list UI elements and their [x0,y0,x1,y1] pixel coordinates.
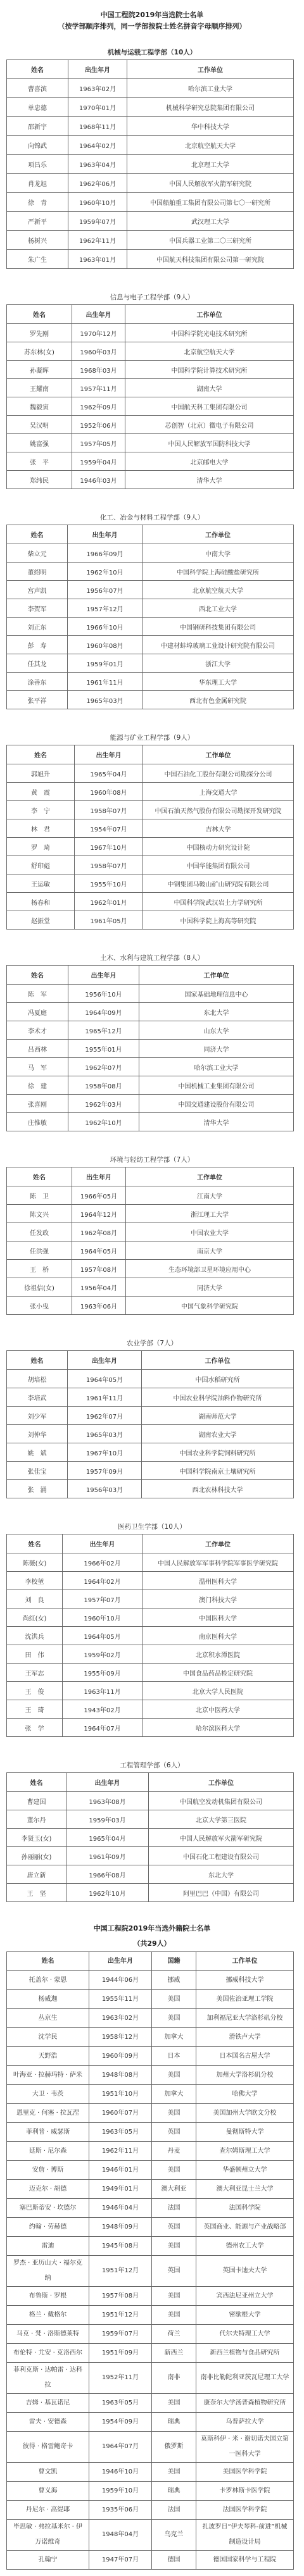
table-row: 董尔丹1959年03月北京大学第三医院 [7,1810,294,1829]
name-cell: 李贺军 [7,599,68,618]
column-header-org: 工作单位 [196,1952,294,1971]
table-row: 苏东林(女)1960年03月北京航空航天大学 [7,342,294,361]
name-cell: 彭 寿 [7,636,68,654]
name-cell: 王 俊 [7,1682,63,1700]
name-cell: 马克 · 梵 · 洛斯德莱特 [7,2325,89,2344]
section-title: 化工、冶金与材料工程学部（9人） [0,512,304,523]
birth-cell: 1958年12月 [89,2028,152,2047]
table-row: 孙丽丽(女)1961年09月中国石化工程建设有限公司 [7,1847,294,1865]
name-cell: 徐祖信(女) [7,1278,72,1297]
name-cell: 托盖尔 · 蒙恩 [7,1971,89,1990]
org-cell: 西北有色金属研究院 [142,691,294,709]
table-row: 丹尼尔 · 高缇耶1935年06月法国法国医学科学院 [7,2501,294,2520]
name-cell: 项昌乐 [7,155,68,174]
org-cell: 中南大学 [142,544,294,563]
table-row: 王 琦1943年02月北京中医药大学 [7,1700,294,1719]
org-cell: 西北农林科技大学 [142,1480,294,1498]
birth-cell: 1963年11月 [63,1682,142,1700]
name-cell: 雷夫 · 安德森 [7,2413,89,2432]
birth-cell: 1964年07月 [89,2432,152,2463]
org-cell: 日本国名古屋大学 [196,2047,294,2066]
birth-cell: 1962年08月 [72,1223,126,1241]
name-cell: 罗杰 · 亚历山大 · 福尔克纳 [7,2256,89,2287]
table-row: 王军志1955年09月中国食品药品检定研究院 [7,1664,294,1682]
org-cell: 莫斯科伊 · 米 · 谢切诺夫国立第一医科大学 [196,2432,294,2463]
name-cell: 彼得 · 格雷鲍奇卡 [7,2432,89,2463]
name-cell: 曹文凯 [7,2463,89,2482]
name-cell: 姚富强 [7,434,72,452]
birth-cell: 1955年09月 [63,1664,142,1682]
name-cell: 李培武 [7,1388,68,1407]
table-row: 向锦武1964年02月北京航空航天大学 [7,136,294,155]
table-row: 邵新宇1968年11月华中科技大学 [7,117,294,136]
table-row: 姚 斌1967年10月中国农业科学院饲料研究所 [7,1443,294,1462]
table-row: 张 涌1956年03月西北农林科技大学 [7,1480,294,1498]
section-table: 姓名出生年月工作单位胡培松1964年05月中国水稻研究所李培武1961年11月中… [6,1350,294,1498]
section-4: 土木、水利与建筑工程学部（8人）姓名出生年月工作单位陈 军1956年10月国家基… [0,952,304,1131]
table-row: 张喜刚1962年03月中国交通建设股份有限公司 [7,1095,294,1113]
org-cell: 哈尔滨工业大学 [139,1058,294,1076]
name-cell: 孔翰宁 [7,2551,89,2570]
birth-cell: 1959年07月 [68,212,127,231]
column-header-birth: 出生年月 [63,1534,142,1553]
section-title: 环境与轻纺工程学部（7人） [0,1154,304,1166]
table-row: 董绍明1962年10月中国科学院上海硅酸盐研究所 [7,563,294,581]
birth-cell: 1959年04月 [72,452,125,471]
table-row: 雷迪1945年08月美国德州农工大学 [7,2237,294,2256]
nationality-cell: 英国 [152,2256,196,2287]
birth-cell: 1962年10月 [66,1884,149,1902]
birth-cell: 1967年10月 [68,1443,142,1462]
org-cell: 德州农工大学 [196,2237,294,2256]
column-header-name: 姓名 [7,60,68,79]
nationality-cell: 美国 [152,2009,196,2028]
table-row: 格兰 · 戴格尔1951年12月美国密歇根大学 [7,2306,294,2325]
birth-cell: 1955年10月 [75,874,143,893]
name-cell: 丹尼尔 · 高缇耶 [7,2501,89,2520]
birth-cell: 1959年02月 [63,1645,142,1664]
table-row: 吉姆 · 基瓦诺尼1963年05月美国康奈尔大学汤普森植物研究所 [7,2394,294,2413]
table-row: 魏毅寅1962年09月中国航天科工集团有限公司 [7,397,294,416]
birth-cell: 1962年01月 [75,893,143,911]
column-header-org: 工作单位 [127,60,294,79]
name-cell: 郭旭升 [7,764,75,783]
birth-cell: 1961年11月 [68,673,142,691]
birth-cell: 1951年12月 [89,2256,152,2287]
org-cell: 中国航空发动机集团有限公司 [149,1792,294,1810]
birth-cell: 1962年11月 [89,2142,152,2161]
name-cell: 舒印彪 [7,856,75,874]
column-header-birth: 出生年月 [68,525,142,544]
name-cell: 唐立新 [7,1865,66,1884]
column-header-org: 工作单位 [126,1167,294,1186]
org-cell: 北京积水潭医院 [142,1645,294,1664]
birth-cell: 1957年07月 [63,1590,142,1608]
name-cell: 格兰 · 戴格尔 [7,2306,89,2325]
table-header-row: 姓名出生年月工作单位 [7,60,294,79]
org-cell: 代尔夫特理工大学 [196,2325,294,2344]
nationality-cell: 日本 [152,2047,196,2066]
birth-cell: 1965年04月 [75,764,143,783]
nationality-cell: 瑞典 [152,2482,196,2501]
table-header-row: 姓名出生年月工作单位 [7,1534,294,1553]
name-cell: 郑纬民 [7,471,72,489]
table-row: 丛京生1963年02月美国加利福尼亚大学洛杉矶分校 [7,2009,294,2028]
name-cell: 张平祥 [7,691,68,709]
name-cell: 安詹 · 博斯 [7,2161,89,2180]
birth-cell: 1964年05月 [63,1627,142,1645]
name-cell: 李贤玉(女) [7,1829,66,1847]
section-table: 姓名出生年月工作单位柴立元1966年09月中南大学董绍明1962年10月中国科学… [6,525,294,709]
table-header-row: 姓名出生年月工作单位 [7,966,294,985]
name-cell: 刘 良 [7,1590,63,1608]
name-cell: 沈洪兵 [7,1627,63,1645]
table-row: 黄 震1960年08月上海交通大学 [7,783,294,801]
name-cell: 王 琦 [7,1700,63,1719]
name-cell: 尚红(女) [7,1608,63,1627]
org-cell: 北京大学第三医院 [149,1810,294,1829]
birth-cell: 1952年06月 [72,416,125,434]
birth-cell: 1946年03月 [72,471,125,489]
column-header-name: 姓名 [7,1773,66,1792]
birth-cell: 1964年12月 [72,1205,126,1223]
name-cell: 布伦特 · 尤安 · 克洛西尔 [7,2344,89,2363]
org-cell: 北京大学人民医院 [142,1682,294,1700]
org-cell: 阿里巴巴（中国）有限公司 [149,1884,294,1902]
name-cell: 杨春和 [7,893,75,911]
birth-cell: 1958年07月 [75,856,143,874]
name-cell: 刘仲华 [7,1425,68,1443]
table-row: 唐立新1966年08月东北大学 [7,1865,294,1884]
birth-cell: 1962年07月 [68,1058,139,1076]
org-cell: 中国农业科学院油料作物研究所 [142,1388,294,1407]
table-header-row: 姓名出生年月工作单位 [7,745,294,764]
org-cell: 美国医学科学院 [196,2463,294,2482]
org-cell: 宾西法尼亚州立大学 [196,2287,294,2306]
org-cell: 西北工业大学 [142,599,294,618]
section-title: 农业学部（7人） [0,1338,304,1349]
table-row: 朱广生1963年01月中国航天科技集团有限公司第一研究院 [7,250,294,269]
org-cell: 北京邮电大学 [125,452,294,471]
name-cell: 邵新宇 [7,117,68,136]
org-cell: 中国科学院计算技术研究所 [125,361,294,379]
birth-cell: 1970年12月 [72,324,125,342]
org-cell: 曼彻斯特大学 [196,2123,294,2142]
birth-cell: 1946年10月 [89,2463,152,2482]
table-row: 杨威迦1955年11月美国美国佐治亚理工学院 [7,1990,294,2009]
org-cell: 清华大学 [125,471,294,489]
name-cell: 恩里克 · 何塞 · 拉瓦涅 [7,2104,89,2123]
section-table: 姓名出生年月工作单位曹喜滨1963年02月哈尔滨工业大学单忠德1970年01月机… [6,59,294,269]
birth-cell: 1968年03月 [72,361,125,379]
org-cell: 中国科学院南京土壤研究所 [142,1462,294,1480]
birth-cell: 1957年12月 [68,599,142,618]
org-cell: 中国农业大学 [126,1223,294,1241]
birth-cell: 1963年02月 [68,79,127,98]
birth-cell: 1962年09月 [72,397,125,416]
birth-cell: 1960年07月 [89,2104,152,2123]
nationality-cell: 美国 [152,2104,196,2123]
name-cell: 严新平 [7,212,68,231]
sections-container: 机械与运载工程学部（10人）姓名出生年月工作单位曹喜滨1963年02月哈尔滨工业… [0,47,304,1902]
section-2: 化工、冶金与材料工程学部（9人）姓名出生年月工作单位柴立元1966年09月中南大… [0,512,304,709]
birth-cell: 1962年07月 [68,1407,142,1425]
table-row: 塞巴斯蒂安 · 坎德尔1946年04月法国法国科学院 [7,2199,294,2218]
name-cell: 柴立元 [7,544,68,563]
org-cell: 中国科学院上海高等研究院 [143,911,294,930]
birth-cell: 1945年08月 [89,2237,152,2256]
column-header-org: 工作单位 [142,1351,294,1370]
nationality-cell: 荷兰 [152,2325,196,2344]
org-cell: 澳大利亚昆士兰大学 [196,2180,294,2199]
birth-cell: 1962年10月 [68,1113,139,1131]
org-cell: 北京航空航天大学 [125,342,294,361]
org-cell: 华中科技大学 [127,117,294,136]
birth-cell: 1959年10月 [89,2482,152,2501]
birth-cell: 1954年07月 [75,819,143,838]
table-row: 马克 · 梵 · 洛斯德莱特1959年07月荷兰代尔夫特理工大学 [7,2325,294,2344]
org-cell: 湖南农业大学 [142,1425,294,1443]
nationality-cell: 加拿大 [152,2085,196,2104]
org-cell: 中国农业科学院饲料研究所 [142,1443,294,1462]
name-cell: 张喜刚 [7,1095,68,1113]
nationality-cell: 美国 [152,2237,196,2256]
table-row: 张 平1959年04月北京邮电大学 [7,452,294,471]
name-cell: 布鲁斯 · 罗根 [7,2287,89,2306]
name-cell: 刘少军 [7,1407,68,1425]
table-row: 张小曳1963年06月中国气象科学研究院 [7,1297,294,1315]
birth-cell: 1935年06月 [89,2501,152,2520]
column-header-org: 工作单位 [142,525,294,544]
org-cell: 中国气象科学研究院 [126,1297,294,1315]
nationality-cell: 美国 [152,1990,196,2009]
birth-cell: 1959年07月 [89,2325,152,2344]
table-row: 恩里克 · 何塞 · 拉瓦涅1960年07月美国美国加州大学欧文分校 [7,2104,294,2123]
birth-cell: 1947年07月 [89,2551,152,2570]
table-row: 毕思敏 · 弗拉基米尔 · 伊万诺维奇1948年04月乌克兰扎波罗日“伊夫琴科-… [7,2520,294,2551]
name-cell: 陈 军 [7,985,68,1003]
nationality-cell: 美国 [152,2463,196,2482]
table-row: 庄惟敏1962年10月清华大学 [7,1113,294,1131]
org-cell: 清华大学 [139,1113,294,1131]
org-cell: 卡罗林斯卡医学院 [196,2482,294,2501]
birth-cell: 1963年06月 [72,1297,126,1315]
table-row: 叶海亚 · 拉赫玛特 · 萨米1948年08月美国加州大学洛杉矶分校 [7,2066,294,2085]
table-row: 任其龙1959年01月浙江大学 [7,654,294,673]
name-cell: 菲利普 · 威瑟斯 [7,2123,89,2142]
org-cell: 中国钢研科技集团有限公司 [142,618,294,636]
org-cell: 中国交通建设股份有限公司 [139,1095,294,1113]
name-cell: 肖龙旭 [7,174,68,193]
table-row: 严新平1959年07月武汉理工大学 [7,212,294,231]
column-header-name: 姓名 [7,966,68,985]
org-cell: 哈尔滨工业大学 [127,79,294,98]
column-header-name: 姓名 [7,745,75,764]
section-5: 环境与轻纺工程学部（7人）姓名出生年月工作单位陈 卫1966年05月江南大学陈文… [0,1154,304,1315]
name-cell: 杨威迦 [7,1990,89,2009]
birth-cell: 1963年04月 [68,155,127,174]
birth-cell: 1952年11月 [89,2363,152,2394]
column-header-nationality: 国籍 [152,1952,196,1971]
org-cell: 澳门科技大学 [142,1590,294,1608]
table-row: 沈学民1958年12月加拿大滑铁卢大学 [7,2028,294,2047]
table-row: 陈 军1956年10月国家基础地理信息中心 [7,985,294,1003]
birth-cell: 1961年11月 [68,1388,142,1407]
org-cell: 中国水稻研究所 [142,1370,294,1388]
table-row: 刘 良1957年07月澳门科技大学 [7,1590,294,1608]
table-row: 孙凝晖1968年03月中国科学院计算技术研究所 [7,361,294,379]
birth-cell: 1965年03月 [68,1425,142,1443]
table-header-row: 姓名出生年月工作单位 [7,1773,294,1792]
birth-cell: 1964年09月 [68,1003,139,1021]
birth-cell: 1954年09月 [89,2413,152,2432]
nationality-cell: 美国 [152,2066,196,2085]
table-header-row: 姓名出生年月工作单位 [7,525,294,544]
org-cell: 武汉理工大学 [127,212,294,231]
name-cell: 大卫 · 韦茨 [7,2085,89,2104]
org-cell: 英国卡迪夫大学 [196,2256,294,2287]
org-cell: 英国商业、能源与产业战略部 [196,2218,294,2237]
name-cell: 迈克尔 · 胡德 [7,2180,89,2199]
birth-cell: 1960年10月 [68,193,127,212]
org-cell: 中国航天科工集团有限公司 [125,397,294,416]
column-header-birth: 出生年月 [72,1167,126,1186]
birth-cell: 1966年02月 [63,1553,142,1572]
org-cell: 乌普萨拉大学 [196,2413,294,2432]
nationality-cell: 法国 [152,2501,196,2520]
birth-cell: 1963年08月 [66,1792,149,1810]
org-cell: 生态环境部卫星环境应用中心 [126,1260,294,1278]
name-cell: 张小曳 [7,1297,72,1315]
birth-cell: 1963年02月 [89,2009,152,2028]
section-1: 信息与电子工程学部（9人）姓名出生年月工作单位罗先刚1970年12月中国科学院光… [0,292,304,489]
name-cell: 张 平 [7,452,72,471]
table-row: 张平祥1965年03月西北有色金属研究院 [7,691,294,709]
org-cell: 中国食品药品检定研究院 [142,1664,294,1682]
page: 中国工程院2019年当选院士名单 （按学部顺序排列，同一学部按院士姓名拼音字母顺… [0,0,304,2576]
table-row: 曹建国1963年08月中国航空发动机集团有限公司 [7,1792,294,1810]
birth-cell: 1957年08月 [89,2287,152,2306]
org-cell: 中国人民解放军国防科技大学 [125,434,294,452]
org-cell: 山东大学 [139,1021,294,1040]
name-cell: 庄惟敏 [7,1113,68,1131]
org-cell: 法国医学科学院 [196,2501,294,2520]
table-row: 刘正东1966年10月中国钢研科技集团有限公司 [7,618,294,636]
nationality-cell: 新西兰 [152,2344,196,2363]
table-row: 马 军1962年07月哈尔滨工业大学 [7,1058,294,1076]
org-cell: 加利福尼亚大学洛杉矶分校 [196,2009,294,2028]
nationality-cell: 瑞典 [152,2413,196,2432]
page-subtitle: （按学部顺序排列，同一学部按院士姓名拼音字母顺序排列） [0,22,304,32]
org-cell: 加州大学洛杉矶分校 [196,2066,294,2085]
birth-cell: 1949年01月 [89,2180,152,2199]
org-cell: 芯创智（北京）微电子有限公司 [125,416,294,434]
birth-cell: 1959年03月 [66,1810,149,1829]
org-cell: 美国加州大学欧文分校 [196,2104,294,2123]
column-header-org: 工作单位 [149,1773,294,1792]
column-header-birth: 出生年月 [66,1773,149,1792]
birth-cell: 1951年09月 [89,2344,152,2363]
column-header-birth: 出生年月 [72,305,125,324]
nationality-cell: 英国 [152,2123,196,2142]
name-cell: 董绍明 [7,563,68,581]
name-cell: 姚 斌 [7,1443,68,1462]
column-header-name: 姓名 [7,1167,72,1186]
nationality-cell: 美国 [152,2287,196,2306]
org-cell: 北京理工大学 [127,155,294,174]
column-header-birth: 出生年月 [68,966,139,985]
name-cell: 罗 琦 [7,838,75,856]
org-cell: 北京中医药大学 [142,1700,294,1719]
table-row: 刘仲华1965年03月湖南农业大学 [7,1425,294,1443]
org-cell: 华东理工大学 [142,673,294,691]
org-cell: 上海交通大学 [143,783,294,801]
foreign-title: 中国工程院2019年当选外籍院士名单 [0,1922,304,1935]
nationality-cell: 南非 [152,2363,196,2394]
name-cell: 苏东林(女) [7,342,72,361]
org-cell: 中国科学院光电技术研究所 [125,324,294,342]
table-row: 李校堃1964年02月温州医科大学 [7,1572,294,1590]
column-header-org: 工作单位 [139,966,294,985]
table-row: 刘少军1962年07月湖南师范大学 [7,1407,294,1425]
birth-cell: 1943年02月 [63,1700,142,1719]
name-cell: 丛京生 [7,2009,89,2028]
birth-cell: 1957年05月 [72,434,125,452]
table-row: 陈文兴1964年12月浙江理工大学 [7,1205,294,1223]
birth-cell: 1948年04月 [89,2520,152,2551]
page-title: 中国工程院2019年当选院士名单 [0,9,304,22]
org-cell: 南京大学 [126,1241,294,1260]
column-header-birth: 出生年月 [75,745,143,764]
name-cell: 毕思敏 · 弗拉基米尔 · 伊万诺维奇 [7,2520,89,2551]
org-cell: 扎波罗日“伊夫琴科-前进”机械制造设计局 [196,2520,294,2551]
table-row: 约翰 · 劳赫德1948年09月英国英国商业、能源与产业战略部 [7,2218,294,2237]
org-cell: 中国船舶重工集团有限公司第七〇一研究所 [127,193,294,212]
table-row: 菲利普 · 威瑟斯1963年05月英国曼彻斯特大学 [7,2123,294,2142]
name-cell: 徐 建 [7,1076,68,1095]
column-header-name: 姓名 [7,1952,89,1971]
birth-cell: 1948年08月 [89,2066,152,2085]
org-cell: 浙江大学 [142,654,294,673]
table-row: 罗杰 · 亚历山大 · 福尔克纳1951年12月英国英国卡迪夫大学 [7,2256,294,2287]
birth-cell: 1970年01月 [68,98,127,117]
table-row: 郑纬民1946年03月清华大学 [7,471,294,489]
column-header-birth: 出生年月 [68,60,127,79]
birth-cell: 1961年09月 [66,1847,149,1865]
nationality-cell: 澳大利亚 [152,2180,196,2199]
name-cell: 黄 震 [7,783,75,801]
org-cell: 中国人民解放军火箭军研究院 [127,174,294,193]
table-row: 彼得 · 格雷鲍奇卡1964年07月俄罗斯莫斯科伊 · 米 · 谢切诺夫国立第一… [7,2432,294,2463]
table-row: 张 学1964年07月哈尔滨医科大学 [7,1719,294,1737]
birth-cell: 1963年05月 [89,2123,152,2142]
table-row: 舒印彪1958年07月中国华能集团有限公司 [7,856,294,874]
table-row: 杨树兴1962年11月中国兵器工业第二〇三研究所 [7,231,294,250]
table-row: 曹义海1959年10月瑞典卡罗林斯卡医学院 [7,2482,294,2501]
org-cell: 中钢集团马鞍山矿山研究院有限公司 [143,874,294,893]
org-cell: 中国医科大学 [142,1608,294,1627]
org-cell: 密歇根大学 [196,2306,294,2325]
table-row: 李 宁1958年07月中国石油天然气股份有限公司勘探开发研究院 [7,801,294,819]
org-cell: 哈尔滨医科大学 [142,1719,294,1737]
org-cell: 江南大学 [126,1186,294,1205]
name-cell: 田 伟 [7,1645,63,1664]
nationality-cell: 俄罗斯 [152,2432,196,2463]
table-row: 罗先刚1970年12月中国科学院光电技术研究所 [7,324,294,342]
birth-cell: 1966年09月 [68,544,142,563]
table-row: 陈 卫1966年05月江南大学 [7,1186,294,1205]
org-cell: 新西兰植物与食品研究所 [196,2344,294,2363]
